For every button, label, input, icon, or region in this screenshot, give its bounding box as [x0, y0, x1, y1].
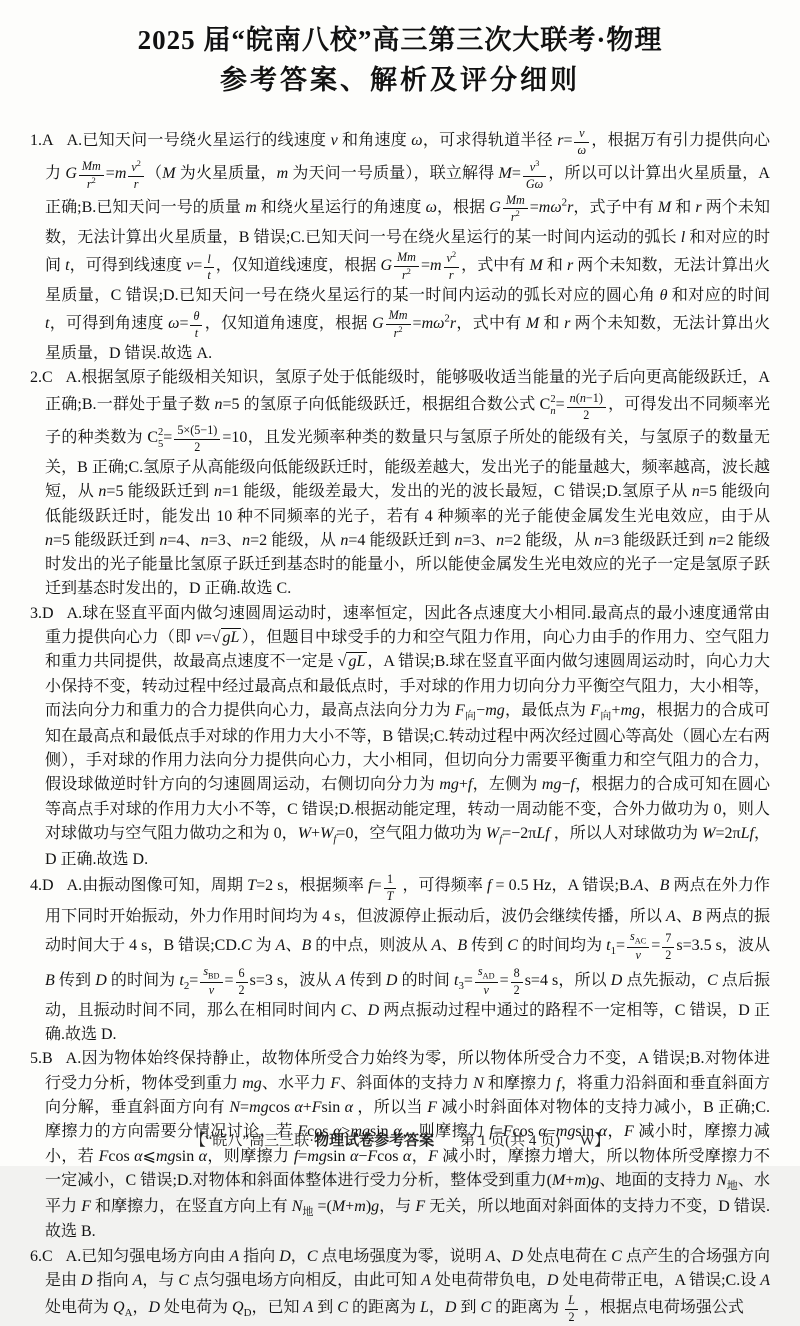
answer-item-4: 4.DA.由振动图像可知，周期 T=2 s，根据频率 f=1T ，可得频率 f … [30, 872, 770, 1047]
question-6-number-answer: 6.C [30, 1248, 53, 1265]
question-4-number-answer: 4.D [30, 877, 54, 894]
question-2-explanation: A.根据氢原子能级相关知识，氢原子处于低能级时，能够吸收适当能量的光子后向更高能… [45, 369, 770, 597]
page-title: 2025 届“皖南八校”高三第三次大联考·物理 参考答案、解析及评分细则 [30, 22, 770, 100]
footer-page-number: 第 1 页(共 4 页) [460, 1133, 560, 1149]
page-footer: 【“皖八”高三三联·物理试卷参考答案第 1 页(共 4 页)W】 [0, 1129, 800, 1150]
question-1-explanation: A.已知天问一号绕火星运行的线速度 v 和角速度 ω，可求得轨道半径 r=vω，… [45, 132, 770, 362]
footer-series-label: 【“皖八”高三三联· [191, 1133, 314, 1149]
question-4-explanation: A.由振动图像可知，周期 T=2 s，根据频率 f=1T ，可得频率 f = 0… [45, 877, 770, 1043]
question-1-number-answer: 1.A [30, 132, 54, 149]
question-3-number-answer: 3.D [30, 605, 54, 622]
title-line-1: 2025 届“皖南八校”高三第三次大联考·物理 [30, 22, 770, 60]
title-line-2: 参考答案、解析及评分细则 [30, 60, 770, 101]
footer-doc-title: 物理试卷参考答案 [314, 1133, 434, 1149]
answer-item-6: 6.CA.已知匀强电场方向由 A 指向 D，C 点电场强度为零，说明 A、D 处… [30, 1245, 770, 1326]
question-3-explanation: A.球在竖直平面内做匀速圆周运动时，速率恒定，因此各点速度大小相同.最高点的最小… [45, 605, 770, 868]
question-6-explanation: A.已知匀强电场方向由 A 指向 D，C 点电场强度为零，说明 A、D 处点电荷… [45, 1248, 770, 1316]
answer-item-3: 3.DA.球在竖直平面内做匀速圆周运动时，速率恒定，因此各点速度大小相同.最高点… [30, 602, 770, 872]
question-2-number-answer: 2.C [30, 369, 53, 386]
answer-item-2: 2.CA.根据氢原子能级相关知识，氢原子处于低能级时，能够吸收适当能量的光子后向… [30, 366, 770, 601]
footer-version-mark: W】 [580, 1133, 609, 1149]
answer-sheet-page: 2025 届“皖南八校”高三第三次大联考·物理 参考答案、解析及评分细则 1.A… [0, 0, 800, 1166]
question-5-number-answer: 5.B [30, 1050, 53, 1067]
answer-item-1: 1.AA.已知天问一号绕火星运行的线速度 v 和角速度 ω，可求得轨道半径 r=… [30, 126, 770, 366]
